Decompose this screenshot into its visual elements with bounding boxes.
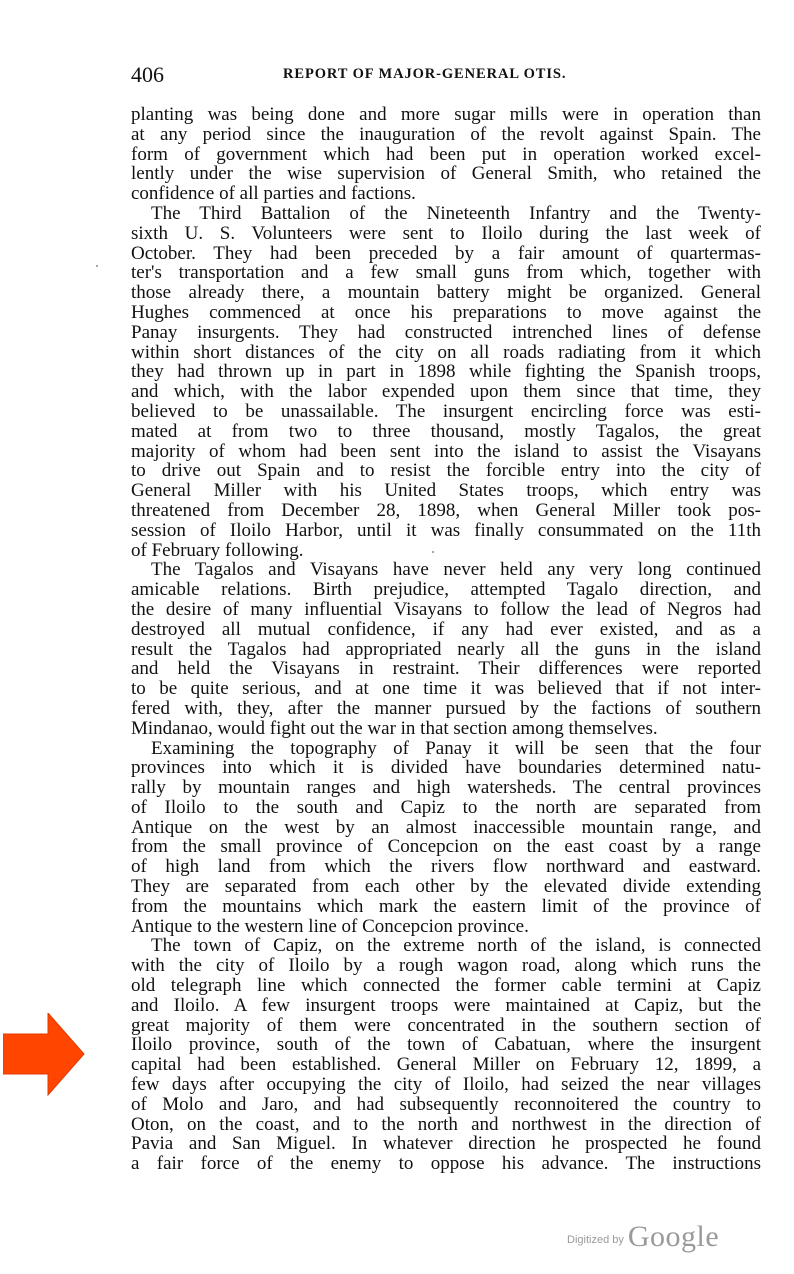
text-line: session of Iloilo Harbor, until it was f… [131, 521, 761, 541]
scan-speck [432, 551, 434, 553]
text-line: and Iloilo. A few insurgent troops were … [131, 996, 761, 1016]
scanned-book-page: 406 REPORT OF MAJOR-GENERAL OTIS. planti… [0, 0, 794, 1274]
text-line: those already there, a mountain battery … [131, 283, 761, 303]
text-line: The Third Battalion of the Nineteenth In… [131, 204, 761, 224]
paragraph: The Third Battalion of the Nineteenth In… [131, 204, 761, 560]
text-line: sixth U. S. Volunteers were sent to Iloi… [131, 224, 761, 244]
text-line: of Iloilo to the south and Capiz to the … [131, 798, 761, 818]
text-line: provinces into which it is divided have … [131, 758, 761, 778]
text-line: The Tagalos and Visayans have never held… [131, 560, 761, 580]
text-line: Oton, on the coast, and to the north and… [131, 1115, 761, 1135]
paragraph: Examining the topography of Panay it wil… [131, 739, 761, 937]
text-line: of Molo and Jaro, and had subsequently r… [131, 1095, 761, 1115]
arrow-right-icon [3, 1013, 85, 1096]
paragraph: planting was being done and more sugar m… [131, 105, 761, 204]
text-line: to drive out Spain and to resist the for… [131, 461, 761, 481]
text-line: believed to be unassailable. The insurge… [131, 402, 761, 422]
watermark-prefix: Digitized by [567, 1234, 624, 1246]
body-text: planting was being done and more sugar m… [131, 105, 761, 1174]
text-line: of February following. [131, 541, 761, 561]
text-line: General Miller with his United States tr… [131, 481, 761, 501]
text-line: The town of Capiz, on the extreme north … [131, 936, 761, 956]
text-line: capital had been established. General Mi… [131, 1055, 761, 1075]
text-line: result the Tagalos had appropriated near… [131, 640, 761, 660]
digitized-by-google-watermark: Digitized by Google [567, 1220, 719, 1254]
text-line: a fair force of the enemy to oppose his … [131, 1154, 761, 1174]
text-line: great majority of them were concentrated… [131, 1016, 761, 1036]
text-line: few days after occupying the city of Ilo… [131, 1075, 761, 1095]
page-number: 406 [131, 62, 164, 88]
text-line: old telegraph line which connected the f… [131, 976, 761, 996]
text-line: form of government which had been put in… [131, 145, 761, 165]
text-line: and which, with the labor expended upon … [131, 382, 761, 402]
text-line: of high land from which the rivers flow … [131, 857, 761, 877]
scan-speck [96, 265, 98, 267]
text-line: fered with, they, after the manner pursu… [131, 699, 761, 719]
text-line: Examining the topography of Panay it wil… [131, 739, 761, 759]
text-line: destroyed all mutual confidence, if any … [131, 620, 761, 640]
page-header: 406 REPORT OF MAJOR-GENERAL OTIS. [131, 62, 761, 88]
running-head: REPORT OF MAJOR-GENERAL OTIS. [283, 66, 566, 83]
text-line: Hughes commenced at once his preparation… [131, 303, 761, 323]
text-line: at any period since the inauguration of … [131, 125, 761, 145]
text-line: amicable relations. Birth prejudice, att… [131, 580, 761, 600]
text-line: rally by mountain ranges and high waters… [131, 778, 761, 798]
text-line: Antique to the western line of Concepcio… [131, 917, 761, 937]
text-line: Panay insurgents. They had constructed i… [131, 323, 761, 343]
text-line: they had thrown up in part in 1898 while… [131, 362, 761, 382]
text-line: from the mountains which mark the easter… [131, 897, 761, 917]
text-line: Pavia and San Miguel. In whatever direct… [131, 1134, 761, 1154]
text-line: from the small province of Concepcion on… [131, 837, 761, 857]
paragraph: The town of Capiz, on the extreme north … [131, 936, 761, 1174]
text-line: ter's transportation and a few small gun… [131, 263, 761, 283]
text-line: to be quite serious, and at one time it … [131, 679, 761, 699]
text-line: threatened from December 28, 1898, when … [131, 501, 761, 521]
text-line: and held the Visayans in restraint. Thei… [131, 659, 761, 679]
text-line: the desire of many influential Visayans … [131, 600, 761, 620]
text-line: mated at from two to three thousand, mos… [131, 422, 761, 442]
text-line: confidence of all parties and factions. [131, 184, 761, 204]
text-line: Antique on the west by an almost inacces… [131, 818, 761, 838]
text-line: Iloilo province, south of the town of Ca… [131, 1035, 761, 1055]
text-line: with the city of Iloilo by a rough wagon… [131, 956, 761, 976]
text-line: Mindanao, would fight out the war in tha… [131, 719, 761, 739]
text-line: majority of whom had been sent into the … [131, 442, 761, 462]
text-line: lently under the wise supervision of Gen… [131, 164, 761, 184]
text-line: October. They had been preceded by a fai… [131, 244, 761, 264]
text-line: They are separated from each other by th… [131, 877, 761, 897]
text-line: within short distances of the city on al… [131, 343, 761, 363]
text-line: planting was being done and more sugar m… [131, 105, 761, 125]
paragraph: The Tagalos and Visayans have never held… [131, 560, 761, 738]
google-logo: Google [628, 1220, 719, 1253]
